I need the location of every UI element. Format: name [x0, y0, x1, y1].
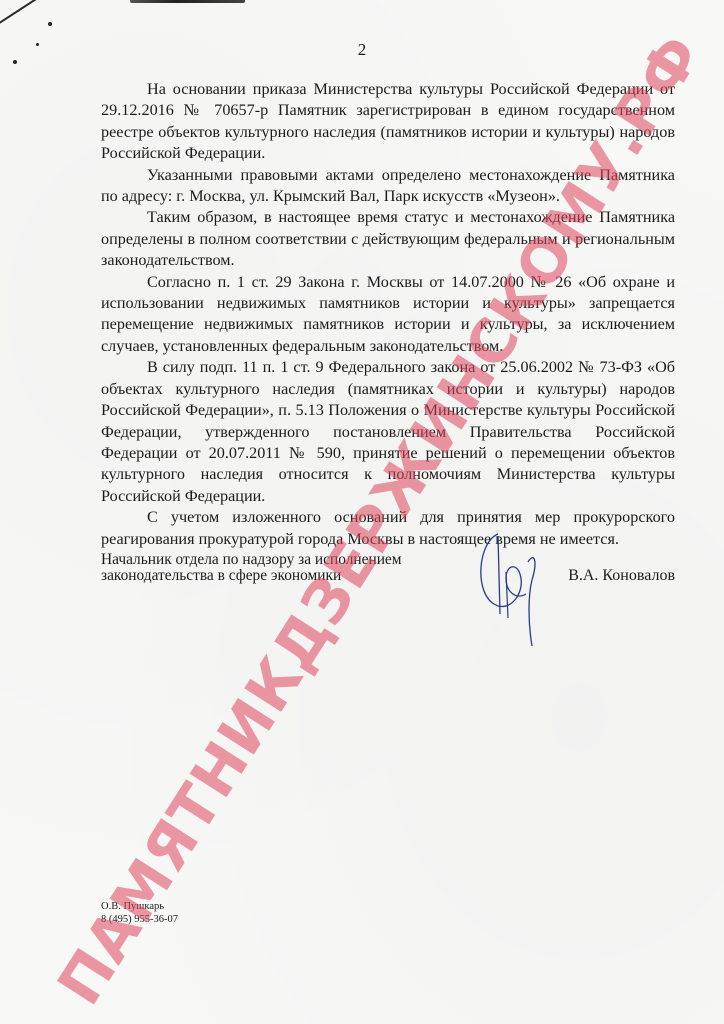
document-page: 2 На основании приказа Министерства куль…: [0, 0, 724, 1024]
scan-edge-shadow: [130, 0, 245, 3]
scan-corner-speck: [48, 22, 52, 26]
signatory-name: В.А. Коновалов: [568, 567, 675, 585]
paragraph-moscow-law: Согласно п. 1 ст. 29 Закона г. Москвы от…: [101, 272, 675, 358]
handwritten-signature-icon: [476, 522, 556, 652]
scan-corner-speck: [13, 60, 17, 64]
page-number: 2: [0, 40, 724, 60]
